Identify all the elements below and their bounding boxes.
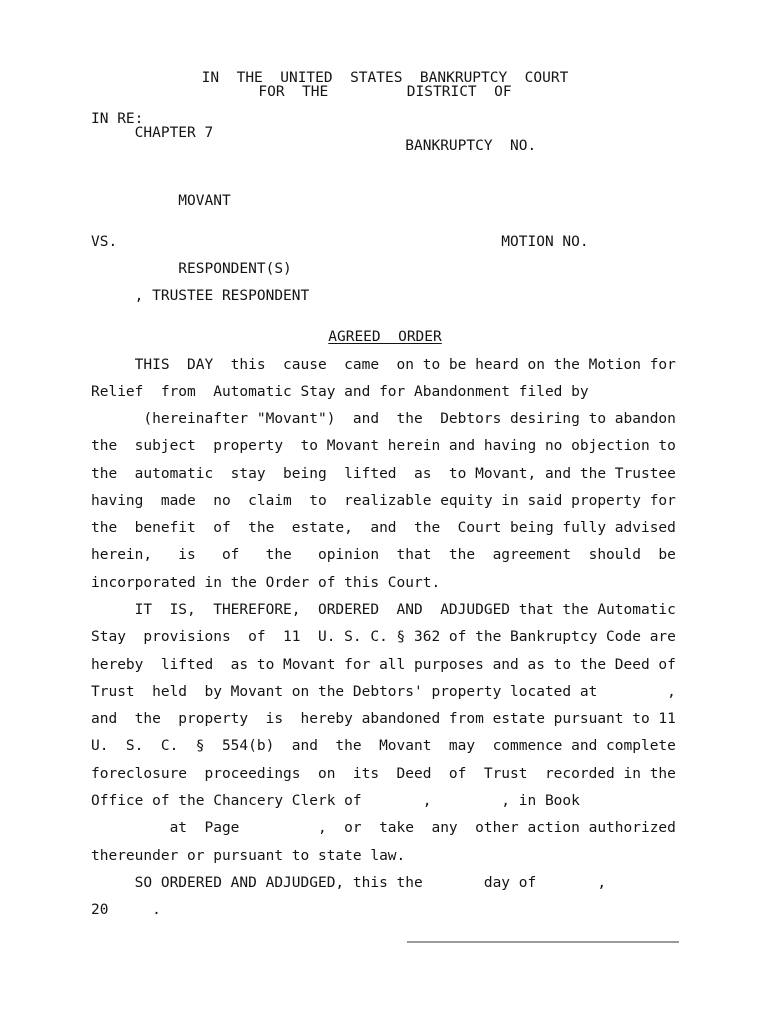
- document-line: , TRUSTEE RESPONDENT: [91, 290, 679, 304]
- document-line: the benefit of the estate, and the Court…: [91, 522, 679, 536]
- document-line: MOVANT: [91, 195, 679, 209]
- document-line: BANKRUPTCY NO.: [91, 140, 679, 154]
- document-body: IN THE UNITED STATES BANKRUPTCY COURTFOR…: [91, 72, 679, 918]
- document-line: thereunder or pursuant to state law.: [91, 850, 679, 864]
- document-line: and the property is hereby abandoned fro…: [91, 713, 679, 727]
- document-line: IT IS, THEREFORE, ORDERED AND ADJUDGED t…: [91, 604, 679, 618]
- document-line: the automatic stay being lifted as to Mo…: [91, 468, 679, 482]
- document-page: IN THE UNITED STATES BANKRUPTCY COURTFOR…: [0, 0, 770, 1024]
- document-line: herein, is of the opinion that the agree…: [91, 549, 679, 563]
- document-line: U. S. C. § 554(b) and the Movant may com…: [91, 740, 679, 754]
- document-line: SO ORDERED AND ADJUDGED, this the day of…: [91, 877, 679, 891]
- document-line: (hereinafter "Movant") and the Debtors d…: [91, 413, 679, 427]
- document-line: 20 .: [91, 904, 679, 918]
- document-line: RESPONDENT(S): [91, 263, 679, 277]
- document-line: incorporated in the Order of this Court.: [91, 577, 679, 591]
- document-line: Relief from Automatic Stay and for Aband…: [91, 386, 679, 400]
- document-line: at Page , or take any other action autho…: [91, 822, 679, 836]
- document-line: having made no claim to realizable equit…: [91, 495, 679, 509]
- document-line: hereby lifted as to Movant for all purpo…: [91, 659, 679, 673]
- document-line: FOR THE DISTRICT OF: [91, 86, 679, 100]
- document-line: VS. MOTION NO.: [91, 236, 679, 250]
- document-line: foreclosure proceedings on its Deed of T…: [91, 768, 679, 782]
- document-line: Trust held by Movant on the Debtors' pro…: [91, 686, 679, 700]
- document-line: the subject property to Movant herein an…: [91, 440, 679, 454]
- document-line: THIS DAY this cause came on to be heard …: [91, 359, 679, 373]
- document-line: AGREED ORDER: [91, 331, 679, 345]
- document-line: Office of the Chancery Clerk of , , in B…: [91, 795, 679, 809]
- signature-line: [407, 941, 679, 943]
- document-line: Stay provisions of 11 U. S. C. § 362 of …: [91, 631, 679, 645]
